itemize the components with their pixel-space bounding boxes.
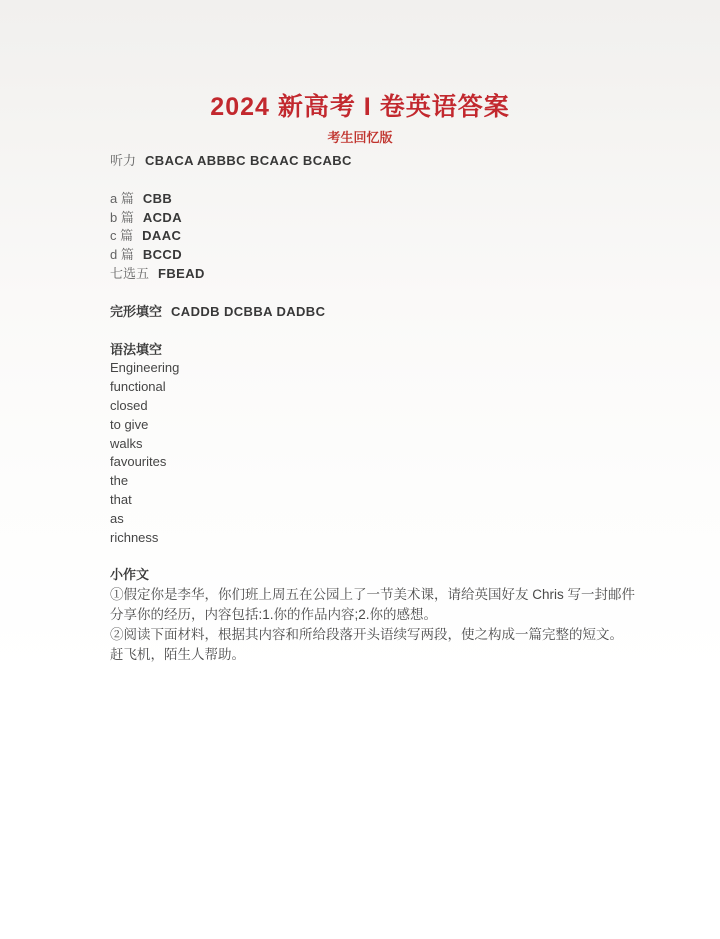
document-page: 2024 新高考 I 卷英语答案 考生回忆版 听力CBACA ABBBC BCA… xyxy=(0,0,720,939)
reading-answers: BCCD xyxy=(143,247,182,262)
reading-label: d 篇 xyxy=(110,247,134,262)
essay-hint: 赶飞机，陌生人帮助。 xyxy=(110,645,640,665)
reading-answers: FBEAD xyxy=(158,266,205,281)
grammar-word: that xyxy=(110,491,640,510)
reading-row: c 篇DAAC xyxy=(110,227,640,246)
reading-section: a 篇CBB b 篇ACDA c 篇DAAC d 篇BCCD 七选五FBEAD xyxy=(110,190,640,284)
listening-line: 听力CBACA ABBBC BCAAC BCABC xyxy=(110,152,640,171)
reading-row: a 篇CBB xyxy=(110,190,640,209)
reading-row: d 篇BCCD xyxy=(110,246,640,265)
cloze-answers: CADDB DCBBA DADBC xyxy=(171,304,325,319)
reading-answers: DAAC xyxy=(142,228,181,243)
grammar-word: richness xyxy=(110,529,640,548)
essay-prompt-2: ②阅读下面材料，根据其内容和所给段落开头语续写两段，使之构成一篇完整的短文。 xyxy=(110,625,640,645)
reading-row: b 篇ACDA xyxy=(110,209,640,228)
grammar-word: closed xyxy=(110,397,640,416)
grammar-section: 语法填空 Engineering functional closed to gi… xyxy=(110,341,640,548)
reading-label: b 篇 xyxy=(110,210,134,225)
reading-label: a 篇 xyxy=(110,191,134,206)
reading-row: 七选五FBEAD xyxy=(110,265,640,284)
grammar-label: 语法填空 xyxy=(110,341,631,360)
reading-label: 七选五 xyxy=(110,266,149,281)
essay-prompt-1: ①假定你是李华，你们班上周五在公园上了一节美术课，请给英国好友 Chris 写一… xyxy=(110,585,640,625)
listening-label: 听力 xyxy=(110,153,136,168)
cloze-line: 完形填空CADDB DCBBA DADBC xyxy=(110,303,640,322)
essay-label: 小作文 xyxy=(110,566,631,585)
grammar-word: to give xyxy=(110,416,640,435)
document-content: 听力CBACA ABBBC BCAAC BCABC a 篇CBB b 篇ACDA… xyxy=(0,145,720,665)
listening-answers: CBACA ABBBC BCAAC BCABC xyxy=(145,153,352,168)
reading-answers: ACDA xyxy=(143,210,182,225)
cloze-label: 完形填空 xyxy=(110,304,162,319)
grammar-word: functional xyxy=(110,378,640,397)
grammar-word: Engineering xyxy=(110,359,640,378)
reading-label: c 篇 xyxy=(110,228,133,243)
reading-answers: CBB xyxy=(143,191,172,206)
grammar-word: favourites xyxy=(110,453,640,472)
grammar-word: the xyxy=(110,472,640,491)
page-subtitle: 考生回忆版 xyxy=(0,130,720,145)
grammar-word: walks xyxy=(110,435,640,454)
grammar-word: as xyxy=(110,510,640,529)
essay-section: 小作文 ①假定你是李华，你们班上周五在公园上了一节美术课，请给英国好友 Chri… xyxy=(110,566,640,665)
page-title: 2024 新高考 I 卷英语答案 xyxy=(0,92,720,122)
